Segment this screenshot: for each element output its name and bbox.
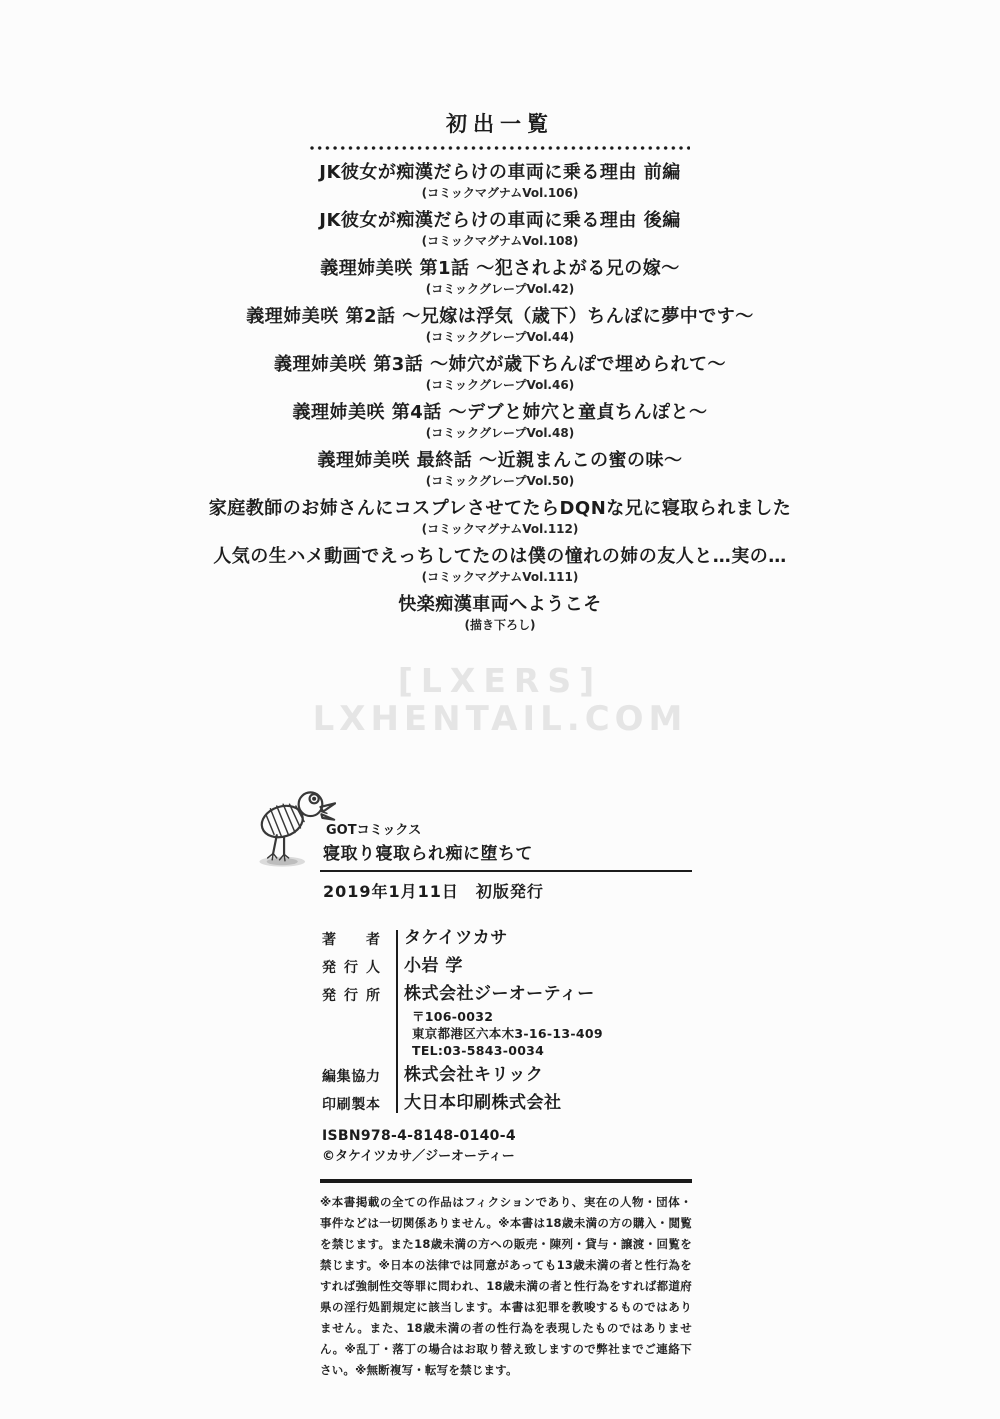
- info-row-publisher-person: 発行人 小岩 学: [320, 956, 692, 978]
- imprint-label: GOTコミックス: [320, 785, 692, 839]
- colophon: GOTコミックス 寝取り寝取られ痴に堕ちて 2019年1月11日 初版発行 著者…: [320, 785, 692, 1381]
- info-value: 株式会社ジーオーティー 〒106-0032 東京都港区六本木3-16-13-40…: [404, 984, 603, 1059]
- info-row-author: 著者 タケイツカサ: [320, 928, 692, 950]
- first-publication-list: 初出一覧 JK彼女が痴漢だらけの車両に乗る理由 前編 (コミックマグナムVol.…: [0, 104, 1000, 632]
- info-value: 小岩 学: [404, 956, 463, 977]
- list-title: 初出一覧: [446, 104, 554, 138]
- publisher-name: 株式会社ジーオーティー: [404, 984, 595, 1004]
- info-value: タケイツカサ: [404, 928, 508, 949]
- watermark: [LXERS] LXHENTAIL.COM: [0, 662, 1000, 739]
- pub-entry: 家庭教師のお姉さんにコスプレさせてたらDQNな兄に寝取られました (コミックマグ…: [0, 488, 1000, 536]
- publisher-tel: TEL:03-5843-0034: [412, 1042, 603, 1059]
- colophon-page: 初出一覧 JK彼女が痴漢だらけの車両に乗る理由 前編 (コミックマグナムVol.…: [0, 0, 1000, 1419]
- pub-entry: 義理姉美咲 第1話 ～犯されよがる兄の嫁～ (コミックグレープVol.42): [0, 248, 1000, 296]
- entry-title: JK彼女が痴漢だらけの車両に乗る理由 前編: [0, 161, 1000, 184]
- info-label: 発行人: [322, 959, 380, 978]
- entry-title: 義理姉美咲 第1話 ～犯されよがる兄の嫁～: [0, 257, 1000, 280]
- publisher-postal: 〒106-0032: [412, 1008, 603, 1025]
- edition-date: 2019年1月11日 初版発行: [320, 881, 692, 903]
- info-label: 著者: [322, 931, 380, 950]
- entry-source: (コミックグレープVol.50): [0, 474, 1000, 488]
- entry-source: (コミックグレープVol.42): [0, 282, 1000, 296]
- pub-entry: 義理姉美咲 第4話 ～デブと姉穴と童貞ちんぽと～ (コミックグレープVol.48…: [0, 392, 1000, 440]
- entry-title: 快楽痴漢車両へようこそ: [0, 593, 1000, 616]
- dotted-divider: [310, 146, 690, 150]
- isbn: ISBN978-4-8148-0140-4: [320, 1127, 692, 1146]
- entry-source: (描き下ろし): [0, 618, 1000, 632]
- info-label: 編集協力: [322, 1068, 380, 1087]
- pub-entry: JK彼女が痴漢だらけの車両に乗る理由 後編 (コミックマグナムVol.108): [0, 200, 1000, 248]
- entry-title: 義理姉美咲 最終話 ～近親まんこの蜜の味～: [0, 449, 1000, 472]
- watermark-line2: LXHENTAIL.COM: [0, 699, 1000, 739]
- pub-entry: 快楽痴漢車両へようこそ (描き下ろし): [0, 584, 1000, 632]
- watermark-line1: [LXERS]: [0, 662, 1000, 699]
- info-label: 発行所: [322, 987, 380, 1006]
- entry-source: (コミックマグナムVol.106): [0, 186, 1000, 200]
- entry-source: (コミックマグナムVol.111): [0, 570, 1000, 584]
- publisher-address: 〒106-0032 東京都港区六本木3-16-13-409 TEL:03-584…: [412, 1008, 603, 1059]
- entry-title: 義理姉美咲 第4話 ～デブと姉穴と童貞ちんぽと～: [0, 401, 1000, 424]
- publication-info-table: 著者 タケイツカサ 発行人 小岩 学 発行所 株式会社ジーオーティー 〒106-…: [320, 928, 692, 1115]
- disclaimer-text: ※本書掲載の全ての作品はフィクションであり、実在の人物・団体・事件などは一切関係…: [320, 1192, 692, 1381]
- pub-entry: JK彼女が痴漢だらけの車両に乗る理由 前編 (コミックマグナムVol.106): [0, 152, 1000, 200]
- info-row-printing: 印刷製本 大日本印刷株式会社: [320, 1093, 692, 1115]
- copyright: ©タケイツカサ／ジーオーティー: [320, 1148, 692, 1166]
- entry-source: (コミックグレープVol.44): [0, 330, 1000, 344]
- book-title: 寝取り寝取られ痴に堕ちて: [320, 842, 692, 866]
- entry-title: JK彼女が痴漢だらけの車両に乗る理由 後編: [0, 209, 1000, 232]
- title-rule: [320, 870, 692, 872]
- bird-logo-icon: [254, 785, 336, 869]
- pub-entry: 義理姉美咲 最終話 ～近親まんこの蜜の味～ (コミックグレープVol.50): [0, 440, 1000, 488]
- disclaimer-box: ※本書掲載の全ての作品はフィクションであり、実在の人物・団体・事件などは一切関係…: [320, 1179, 692, 1381]
- publisher-street: 東京都港区六本木3-16-13-409: [412, 1025, 603, 1042]
- info-row-editing: 編集協力 株式会社キリック: [320, 1065, 692, 1087]
- info-row-publisher-company: 発行所 株式会社ジーオーティー 〒106-0032 東京都港区六本木3-16-1…: [320, 984, 692, 1059]
- entry-source: (コミックグレープVol.46): [0, 378, 1000, 392]
- entry-title: 人気の生ハメ動画でえっちしてたのは僕の憧れの姉の友人と…実の…: [0, 545, 1000, 568]
- entry-source: (コミックマグナムVol.112): [0, 522, 1000, 536]
- entry-source: (コミックマグナムVol.108): [0, 234, 1000, 248]
- entry-source: (コミックグレープVol.48): [0, 426, 1000, 440]
- entry-title: 義理姉美咲 第3話 ～姉穴が歳下ちんぽで埋められて～: [0, 353, 1000, 376]
- pub-entry: 義理姉美咲 第2話 ～兄嫁は浮気（歳下）ちんぽに夢中です～ (コミックグレープV…: [0, 296, 1000, 344]
- entry-title: 家庭教師のお姉さんにコスプレさせてたらDQNな兄に寝取られました: [0, 497, 1000, 520]
- info-label: 印刷製本: [322, 1096, 380, 1115]
- pub-entry: 人気の生ハメ動画でえっちしてたのは僕の憧れの姉の友人と…実の… (コミックマグナ…: [0, 536, 1000, 584]
- info-value: 株式会社キリック: [404, 1065, 543, 1086]
- entry-title: 義理姉美咲 第2話 ～兄嫁は浮気（歳下）ちんぽに夢中です～: [0, 305, 1000, 328]
- info-value: 大日本印刷株式会社: [404, 1093, 562, 1114]
- pub-entry: 義理姉美咲 第3話 ～姉穴が歳下ちんぽで埋められて～ (コミックグレープVol.…: [0, 344, 1000, 392]
